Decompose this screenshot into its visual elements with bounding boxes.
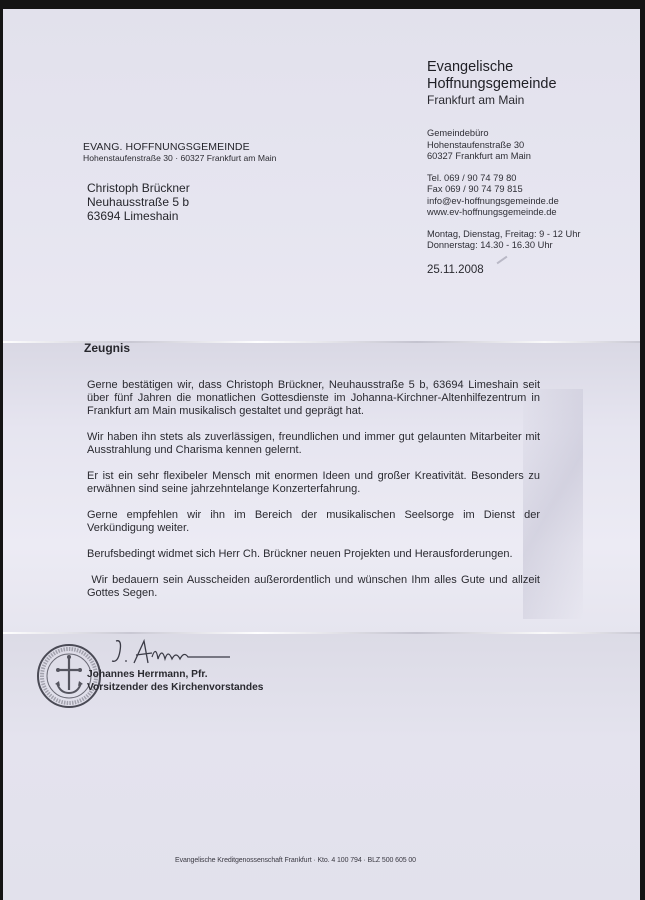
recipient-city: 63694 Limeshain: [87, 209, 190, 223]
signer-role: Vorsitzender des Kirchenvorstandes: [87, 682, 263, 693]
letter-date: 25.11.2008: [427, 264, 484, 276]
recipient-street: Neuhausstraße 5 b: [87, 195, 190, 209]
office-title: Gemeindebüro: [427, 128, 580, 140]
footer-account: Kto. 4 100 794: [317, 857, 361, 864]
footer-bank: Evangelische Kreditgenossenschaft Frankf…: [175, 857, 312, 864]
body-paragraph: Berufsbedingt widmet sich Herr Ch. Brück…: [87, 548, 540, 561]
office-fax: Fax 069 / 90 74 79 815: [427, 184, 580, 196]
signer-name: Johannes Herrmann, Pfr.: [87, 669, 208, 680]
handwritten-signature: [108, 637, 238, 671]
recipient-name: Christoph Brückner: [87, 181, 190, 195]
fold-line: [3, 632, 640, 634]
sender-name: EVANG. HOFFNUNGSGEMEINDE: [83, 141, 250, 153]
body-paragraph: Wir bedauern sein Ausscheiden außerorden…: [87, 574, 540, 600]
letter-body: Gerne bestätigen wir, dass Christoph Brü…: [87, 379, 540, 613]
office-hours-1: Montag, Dienstag, Freitag: 9 - 12 Uhr: [427, 229, 580, 241]
letter-subject: Zeugnis: [84, 341, 130, 355]
footer-blz: BLZ 500 605 00: [368, 857, 416, 864]
office-street: Hohenstaufenstraße 30: [427, 140, 580, 152]
office-contact-block: Gemeindebüro Hohenstaufenstraße 30 60327…: [427, 128, 580, 252]
sender-address: Hohenstaufenstraße 30 · 60327 Frankfurt …: [83, 153, 276, 163]
letterhead-org-name: Evangelische Hoffnungsgemeinde: [427, 59, 557, 92]
body-paragraph: Gerne bestätigen wir, dass Christoph Brü…: [87, 379, 540, 418]
letter-page: Evangelische Hoffnungsgemeinde Frankfurt…: [3, 9, 640, 900]
letterhead-city: Frankfurt am Main: [427, 93, 524, 107]
office-tel: Tel. 069 / 90 74 79 80: [427, 173, 580, 185]
office-hours-2: Donnerstag: 14.30 - 16.30 Uhr: [427, 240, 580, 252]
org-name-line1: Evangelische: [427, 59, 557, 76]
office-email: info@ev-hoffnungsgemeinde.de: [427, 196, 580, 208]
office-city: 60327 Frankfurt am Main: [427, 151, 580, 163]
org-name-line2: Hoffnungsgemeinde: [427, 76, 557, 93]
recipient-address: Christoph Brückner Neuhausstraße 5 b 636…: [87, 181, 190, 223]
body-paragraph: Er ist ein sehr flexibeler Mensch mit en…: [87, 470, 540, 496]
footer-bank-details: Evangelische Kreditgenossenschaft Frankf…: [175, 857, 416, 864]
office-website: www.ev-hoffnungsgemeinde.de: [427, 207, 580, 219]
body-paragraph: Wir haben ihn stets als zuverlässigen, f…: [87, 431, 540, 457]
body-paragraph: Gerne empfehlen wir ihn im Bereich der m…: [87, 509, 540, 535]
